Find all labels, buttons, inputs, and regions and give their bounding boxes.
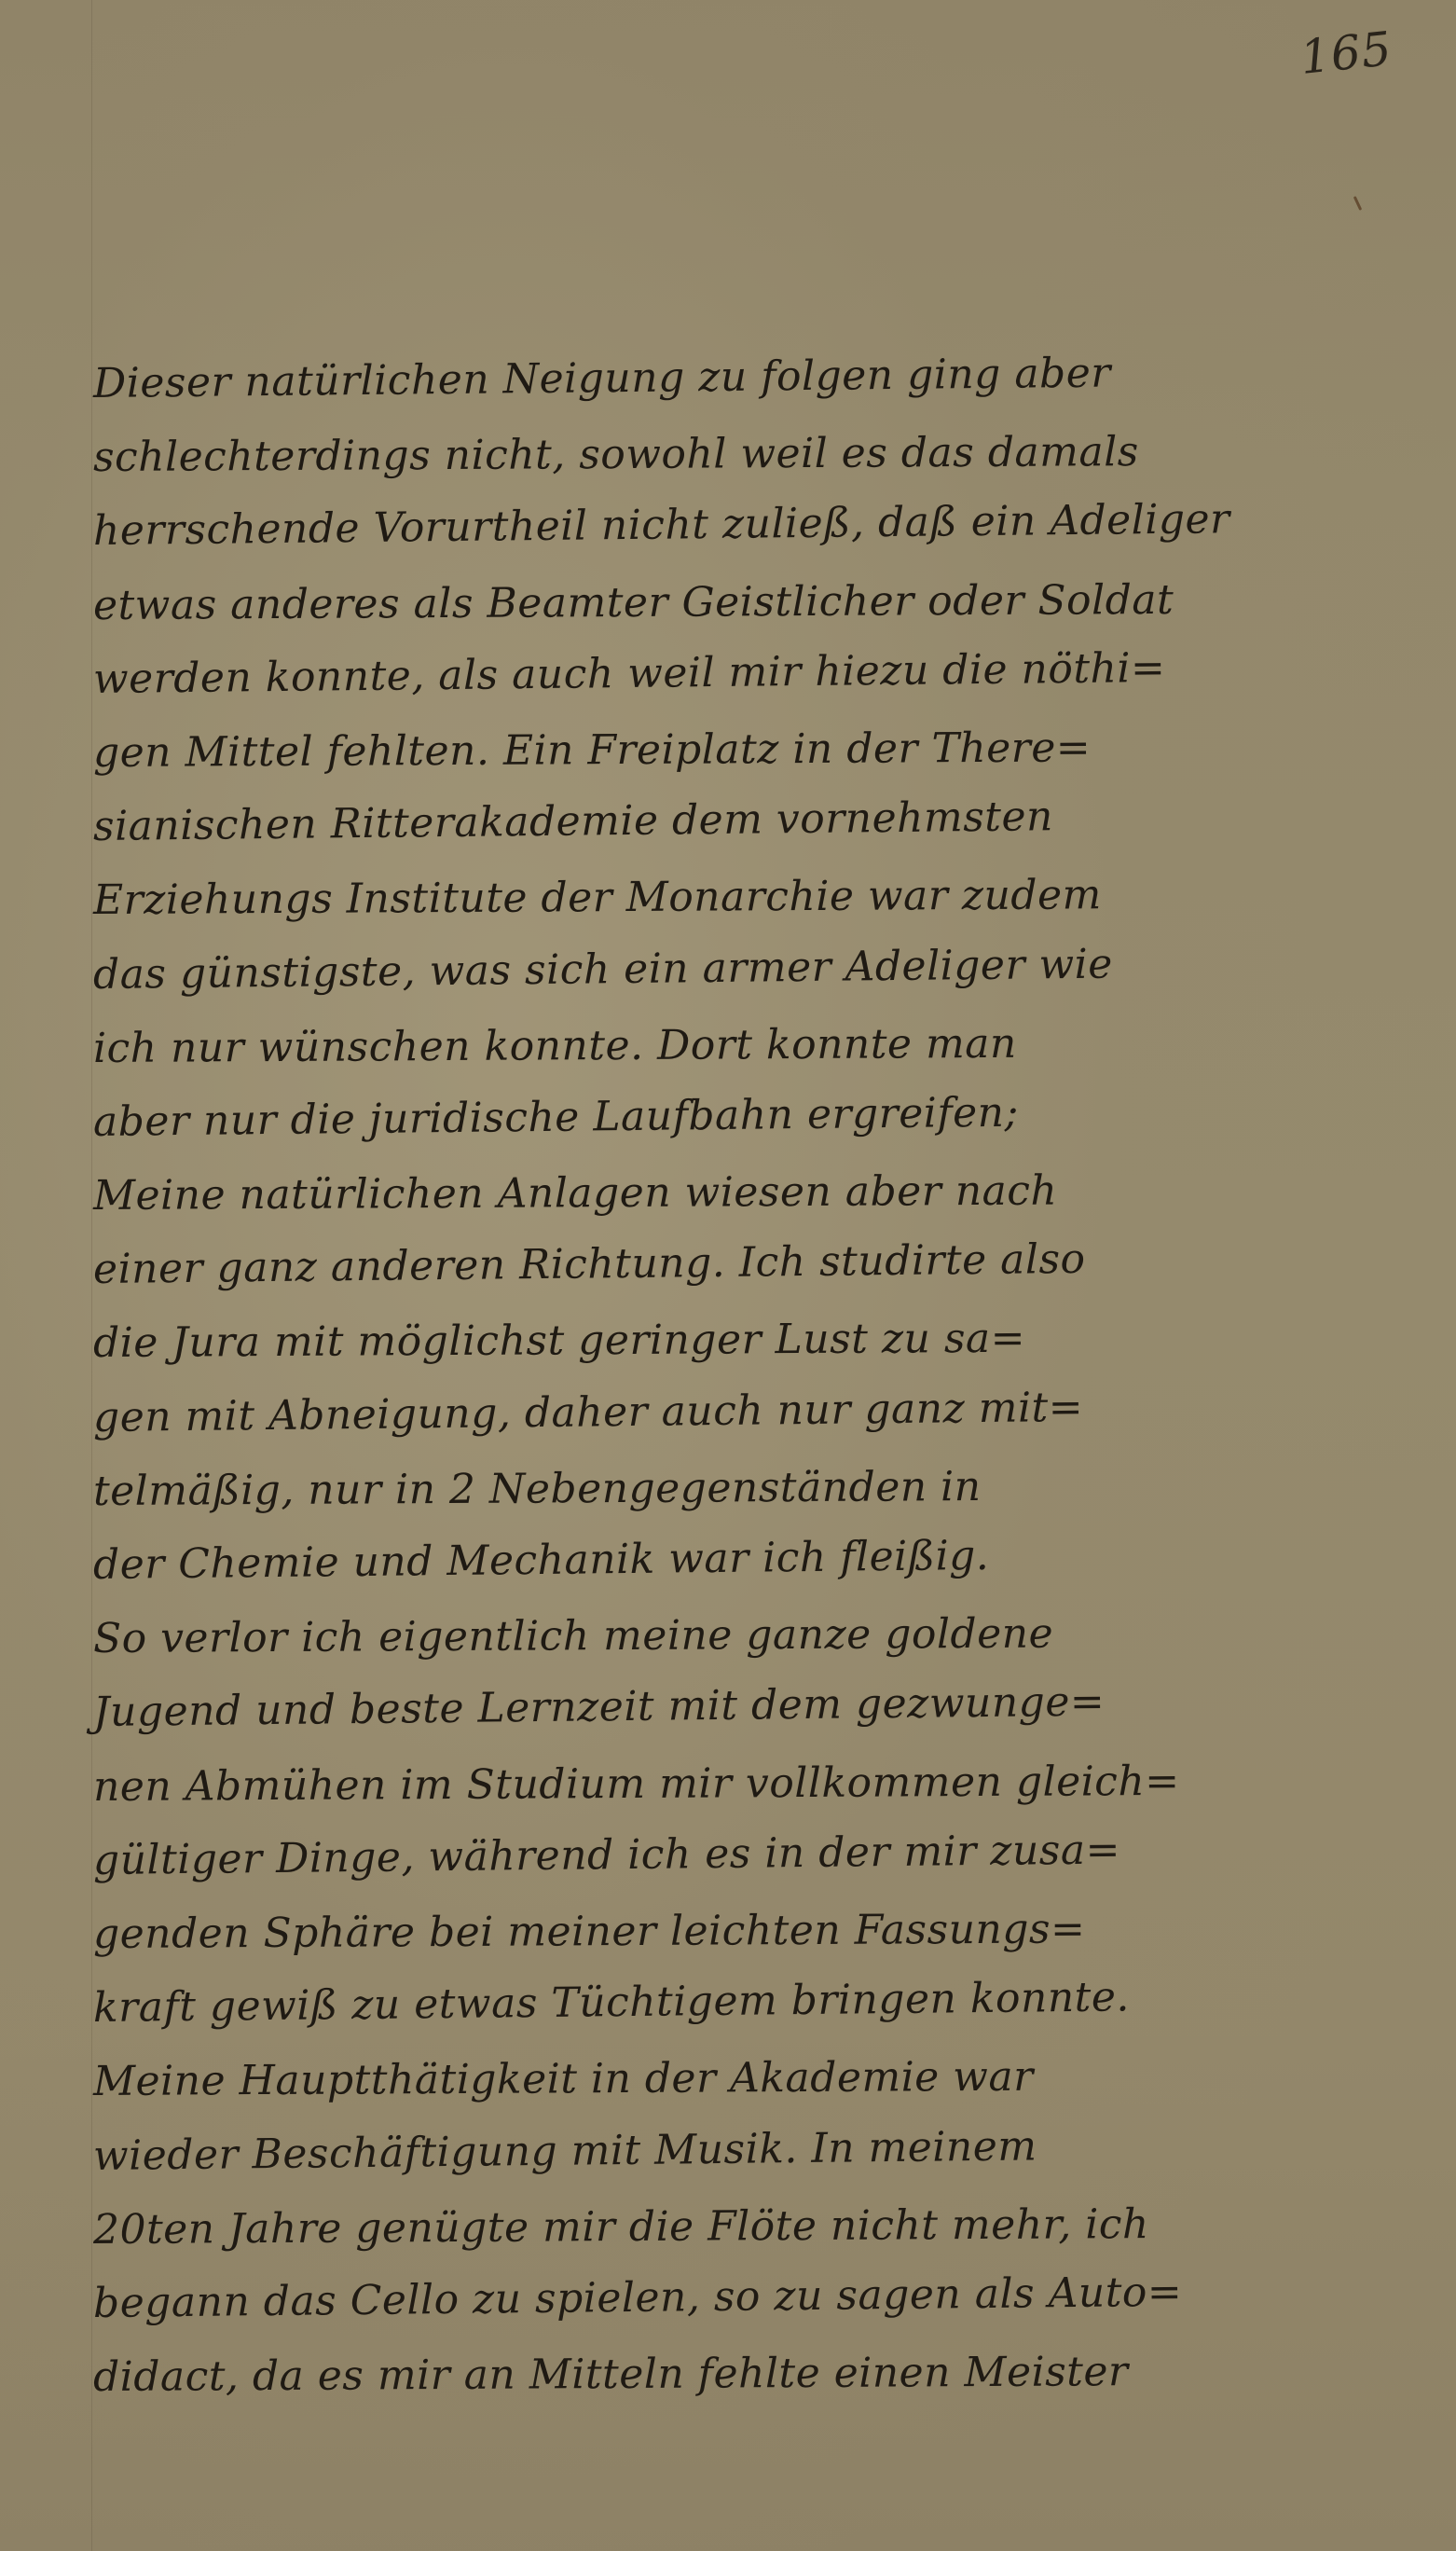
- text-line: aber nur die juridische Laufbahn ergreif…: [93, 1071, 1399, 1159]
- text-line: der Chemie und Mechanik war ich fleißig.: [93, 1514, 1399, 1602]
- page-number: 165: [1298, 21, 1394, 85]
- text-line: kraft gewiß zu etwas Tüchtigem bringen k…: [93, 1957, 1399, 2045]
- text-line: werden konnte, als auch weil mir hiezu d…: [93, 628, 1399, 716]
- text-line: Jugend und beste Lernzeit mit dem gezwun…: [93, 1662, 1399, 1750]
- text-line: didact, da es mir an Mitteln fehlte eine…: [93, 2334, 1398, 2415]
- text-line: Meine Hauptthätigkeit in der Akademie wa…: [93, 2038, 1398, 2119]
- handwritten-text-block: Dieser natürlichen Neigung zu folgen gin…: [93, 347, 1398, 2414]
- text-line: herrschende Vorurtheil nicht zuließ, daß…: [93, 481, 1399, 569]
- text-line: sianischen Ritterakademie dem vornehmste…: [93, 776, 1399, 863]
- text-line: gen mit Abneigung, daher auch nur ganz m…: [93, 1367, 1399, 1455]
- ink-speck: [1353, 196, 1362, 211]
- text-line: einer ganz anderen Richtung. Ich studirt…: [93, 1220, 1399, 1307]
- text-line: wieder Beschäftigung mit Musik. In meine…: [93, 2105, 1399, 2193]
- text-line: begann das Cello zu spielen, so zu sagen…: [93, 2253, 1399, 2340]
- margin-rule: [91, 0, 92, 2551]
- text-line: das günstigste, was sich ein armer Adeli…: [93, 924, 1399, 1012]
- text-line: gültiger Dinge, während ich es in der mi…: [93, 1810, 1399, 1897]
- text-line: Dieser natürlichen Neigung zu folgen gin…: [93, 333, 1399, 421]
- text-line: Erziehungs Institute der Monarchie war z…: [93, 857, 1398, 938]
- manuscript-page: 165 Dieser natürlichen Neigung zu folgen…: [0, 0, 1456, 2551]
